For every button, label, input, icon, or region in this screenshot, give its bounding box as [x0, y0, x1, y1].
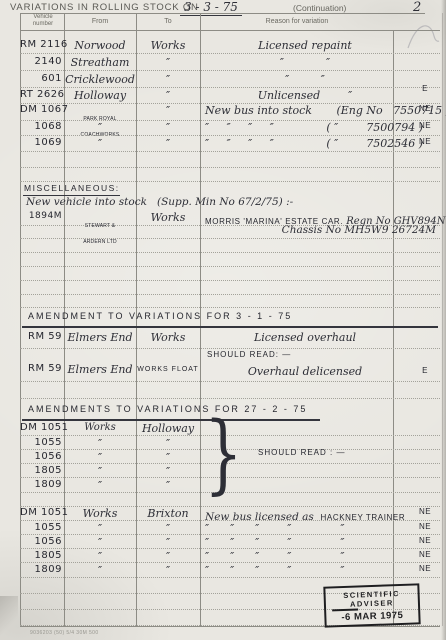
cell-from: ″ — [65, 550, 135, 563]
cell-vehicle: 1055 — [20, 522, 62, 533]
cell-reason: ″ ″ ″ ″ ″ — [205, 564, 405, 577]
cell-vehicle: RM 59 — [20, 363, 62, 374]
cell-vehicle: 601 — [20, 73, 62, 84]
cell-to: Works — [137, 39, 199, 52]
cell-to: ″ — [137, 89, 199, 102]
table-row: 1055 ″ ″ ″ ″ ″ ″ ″ NE — [20, 521, 440, 535]
cell-to: ″ — [137, 137, 199, 150]
table-row: RM 2116 Norwood Works Licensed repaint — [20, 38, 440, 54]
section-heading-amendment-2: AMENDMENTS TO VARIATIONS FOR 27 - 2 - 75 — [28, 404, 307, 414]
table-bottom-border — [20, 626, 440, 627]
continuation-label: (Continuation) — [293, 3, 346, 13]
cell-reason: ″ ″ — [205, 56, 405, 69]
table-top-border — [20, 13, 425, 14]
cell-reason: Overhaul delicensed — [205, 365, 405, 378]
status-flag: NE — [403, 104, 446, 113]
cell-to: ″ — [137, 437, 199, 450]
table-row: DM 1051 Works Brixton New bus licensed a… — [20, 506, 440, 521]
cell-vehicle: 1809 — [20, 564, 62, 575]
cell-from: ″ — [65, 451, 135, 464]
cell-to: ″ — [137, 465, 199, 478]
cell-vehicle: 1805 — [20, 550, 62, 561]
status-flag: E — [403, 84, 446, 93]
cell-vehicle: 1056 — [20, 451, 62, 462]
table-row: 2140 Streatham ″ ″ ″ — [20, 55, 440, 71]
cell-to: ″ — [137, 56, 199, 69]
cell-reason: ″ ″ ″ ″ ″ — [205, 550, 405, 563]
section-heading-amendment-1: AMENDMENT TO VARIATIONS FOR 3 - 1 - 75 — [28, 311, 292, 321]
cell-from: ″ — [65, 121, 135, 134]
cell-to: Works — [137, 211, 199, 224]
blank-row — [20, 280, 440, 295]
col-header-to: To — [138, 18, 198, 25]
form-print-code: 9036203 (50) 5/4 30M 500 — [30, 630, 99, 636]
blank-row — [20, 382, 440, 399]
status-flag: NE — [403, 536, 446, 545]
cell-from: Holloway — [65, 89, 135, 102]
cell-to: Works — [137, 331, 199, 344]
table-row: RM 59 Elmers End WORKS FLOAT Overhaul de… — [20, 362, 440, 382]
blank-row — [20, 294, 440, 308]
table-row: RT 2626 Holloway ″ Unlicensed ″ E — [20, 88, 440, 104]
cell-reason: ″ ″ ″ ″ ″ — [205, 522, 405, 535]
blank-row — [20, 168, 440, 182]
cell-to: ″ — [137, 522, 199, 535]
status-flag: E — [403, 366, 446, 375]
cell-to: ″ — [137, 73, 199, 86]
col-header-from: From — [66, 18, 134, 25]
cell-to: ″ — [137, 451, 199, 464]
cell-from: ″ — [65, 564, 135, 577]
status-flag: NE — [403, 137, 446, 146]
blank-row — [20, 225, 440, 239]
cell-vehicle: DM 1051 — [20, 422, 62, 433]
cell-vehicle: 1809 — [20, 479, 62, 490]
blank-row — [20, 266, 440, 281]
cell-vehicle: 1056 — [20, 536, 62, 547]
table-row: 1068 ″ ″ ″ ″ ″ ″ ( ″ 7500794 ) NE — [20, 120, 440, 136]
heading-underline — [22, 326, 438, 328]
blank-row — [20, 238, 440, 253]
misc-note: New vehicle into stock (Supp. Min No 67/… — [26, 196, 293, 208]
status-flag: NE — [403, 507, 446, 516]
cell-reason: Licensed repaint — [205, 39, 405, 52]
cell-vehicle: 2140 — [20, 56, 62, 67]
cell-to: ″ — [137, 564, 199, 577]
table-row: 1809 ″ ″ ″ ″ ″ ″ ″ NE — [20, 563, 440, 578]
cell-vehicle: 1805 — [20, 465, 62, 476]
cell-vehicle: DM 1051 — [20, 507, 62, 518]
cell-vehicle: 1068 — [20, 121, 62, 132]
cell-from: ″ — [65, 522, 135, 535]
blank-row — [20, 152, 440, 168]
cell-from: ″ — [65, 437, 135, 450]
cell-vehicle: RT 2626 — [20, 89, 62, 100]
cell-from: Works — [65, 422, 135, 433]
status-flag: NE — [403, 564, 446, 573]
stamp-line-2: ADVISER — [326, 597, 418, 609]
table-row: 1069 ″ ″ ″ ″ ″ ″ ( ″ 7502546 ) NE — [20, 136, 440, 152]
col-header-reason: Reason for variation — [202, 18, 392, 25]
cell-from: Streatham — [65, 56, 135, 69]
blank-row — [20, 492, 440, 507]
cell-to: ″ — [137, 104, 199, 117]
cell-to: ″ — [137, 550, 199, 563]
cell-vehicle: RM 59 — [20, 331, 62, 342]
table-row: RM 59 Elmers End Works Licensed overhaul — [20, 330, 440, 349]
section-heading-miscellaneous: MISCELLANEOUS: — [24, 183, 120, 193]
cell-reason: New bus into stock (Eng No 7550715 ) — [205, 104, 405, 117]
table-row: DM 1067 PARK ROYAL COACHWORKS ″ New bus … — [20, 103, 440, 121]
cell-to: ″ — [137, 479, 199, 492]
cell-to: Brixton — [137, 507, 199, 520]
col-header-vehicle: Vehicle number — [22, 14, 64, 27]
cell-vehicle: 1055 — [20, 437, 62, 448]
cell-vehicle: DM 1067 — [20, 104, 62, 115]
cell-from: ″ — [65, 479, 135, 492]
page-title: VARIATIONS IN ROLLING STOCK ON — [10, 2, 199, 13]
table-row: 601 Cricklewood ″ ″ ″ — [20, 72, 440, 88]
cell-vehicle: RM 2116 — [20, 39, 62, 50]
cell-from: Elmers End — [65, 363, 135, 376]
table-row: 1056 ″ ″ ″ ″ ″ ″ ″ NE — [20, 535, 440, 549]
cell-reason: ″ ″ — [205, 73, 405, 86]
cell-from: ″ — [65, 137, 135, 150]
cell-from: ″ — [65, 465, 135, 478]
table-row: 1805 ″ ″ ″ ″ ″ ″ ″ NE — [20, 549, 440, 563]
stamp-date: -6 MAR 1975 — [326, 609, 418, 623]
date-stamp: SCIENTIFIC ADVISER -6 MAR 1975 — [323, 583, 420, 627]
cell-reason: ″ ″ ″ ″ ″ — [205, 536, 405, 549]
corner-shadow — [0, 596, 18, 640]
cell-to: Holloway — [137, 422, 199, 435]
document-page: VARIATIONS IN ROLLING STOCK ON 3 - 3 - 7… — [0, 0, 446, 640]
blank-row — [20, 252, 440, 267]
cell-from: Cricklewood — [65, 73, 135, 86]
cell-from: Elmers End — [65, 331, 135, 344]
cell-from: Works — [65, 507, 135, 520]
stamp-stroke — [332, 608, 358, 610]
header-bottom-border — [20, 30, 440, 31]
should-read-note: SHOULD READ: — — [207, 350, 291, 359]
should-read-note: SHOULD READ : — — [258, 448, 345, 457]
cell-reason: Unlicensed ″ — [205, 89, 405, 102]
cell-from: Norwood — [65, 39, 135, 52]
cell-to: ″ — [137, 536, 199, 549]
cell-vehicle: 1069 — [20, 137, 62, 148]
cell-reason: ″ ″ ″ ″ ( ″ 7502546 ) — [205, 137, 405, 150]
group-brace: } — [204, 414, 242, 494]
cell-to: ″ — [137, 121, 199, 134]
cell-vehicle: 1894M — [20, 211, 62, 221]
cell-reason: Licensed overhaul — [205, 331, 405, 344]
cell-to: WORKS FLOAT — [137, 366, 199, 373]
status-flag: NE — [403, 550, 446, 559]
cell-reason: ″ ″ ″ ″ ( ″ 7500794 ) — [205, 121, 405, 134]
status-flag: NE — [403, 121, 446, 130]
cell-from: ″ — [65, 536, 135, 549]
page-edge-shadow — [441, 0, 446, 640]
status-flag: NE — [403, 522, 446, 531]
